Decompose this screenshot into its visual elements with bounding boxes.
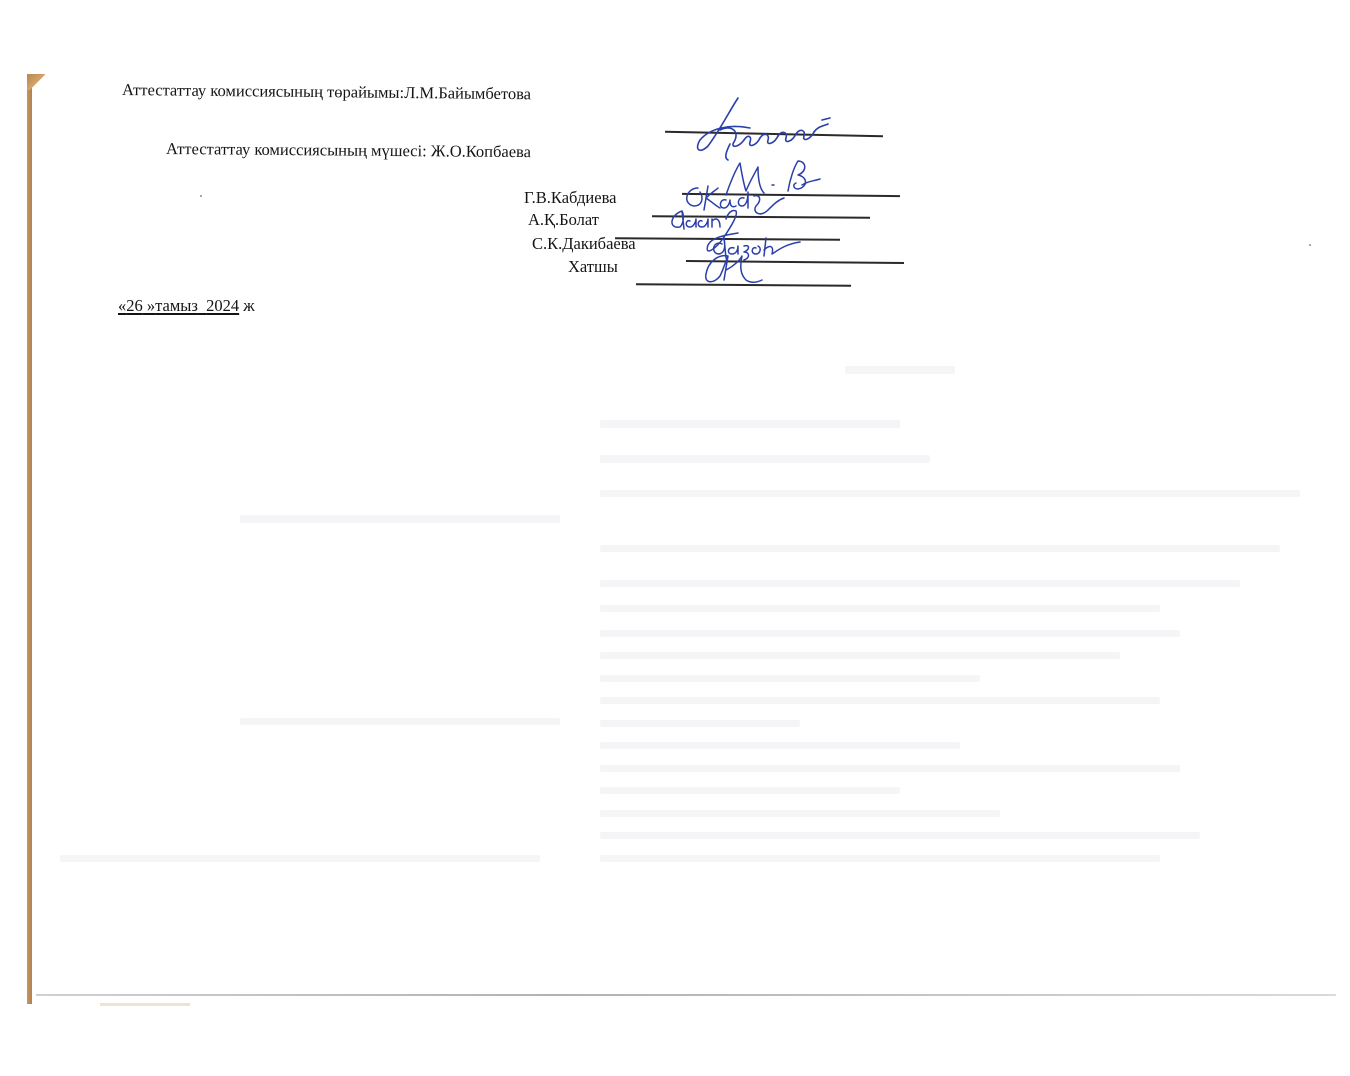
date-year: 2024 <box>206 296 239 315</box>
member-row-4: С.К.Дакибаева <box>532 234 636 254</box>
member-name-4: С.К.Дакибаева <box>532 234 636 253</box>
scan-speck <box>200 195 202 197</box>
chair-name: Л.М.Байымбетова <box>404 83 531 103</box>
date-open-quote: « <box>118 296 126 315</box>
page-foot-shadow <box>100 1003 190 1006</box>
chair-row: Аттестаттау комиссиясының төрайымы:Л.М.Б… <box>122 80 531 104</box>
secretary-row: Хатшы <box>568 257 618 277</box>
member-name-3: А.Қ.Болат <box>528 210 599 229</box>
date-suffix: ж <box>239 296 255 315</box>
document-date: «26 »тамыз 2024 ж <box>118 296 255 316</box>
date-month: тамыз <box>155 296 198 315</box>
members-row: Аттестаттау комиссиясының мүшесі: Ж.О.Ко… <box>166 139 531 162</box>
page-corner <box>27 74 45 90</box>
member-name-2: Г.В.Кабдиева <box>524 188 616 207</box>
member-row-3: А.Қ.Болат <box>528 210 599 230</box>
chair-label: Аттестаттау комиссиясының төрайымы: <box>122 80 404 102</box>
date-close-quote: » <box>143 296 155 315</box>
scan-speck <box>1309 244 1311 246</box>
secretary-label: Хатшы <box>568 257 618 276</box>
member-row-2: Г.В.Кабдиева <box>524 188 616 208</box>
date-day: 26 <box>126 296 143 315</box>
page-edge-left <box>27 74 32 1004</box>
secretary-signature <box>700 250 770 295</box>
date-underlined-part: «26 »тамыз 2024 <box>118 296 239 315</box>
page-edge-bottom <box>36 994 1336 996</box>
member-name-1: Ж.О.Копбаева <box>431 141 531 161</box>
chair-signature <box>690 90 850 165</box>
members-label: Аттестаттау комиссиясының мүшесі: <box>166 139 427 160</box>
